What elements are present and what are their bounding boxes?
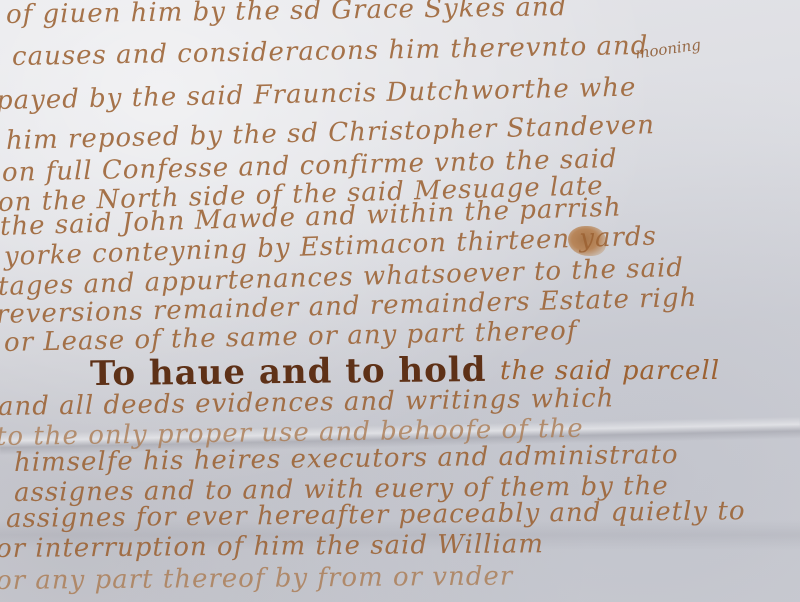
manuscript-line: or any part thereof by from or vnder — [0, 561, 513, 596]
manuscript-line: of giuen him by the sd Grace Sykes and — [6, 0, 568, 30]
manuscript-line: causes and consideracons him therevnto a… — [12, 31, 649, 72]
manuscript-line: assignes for ever hereafter peaceably an… — [6, 496, 746, 534]
manuscript-line: payed by the said Frauncis Dutchworthe w… — [0, 73, 637, 116]
document-photo: mooning of giuen him by the sd Grace Syk… — [0, 0, 800, 602]
manuscript-line: or interruption of him the said William — [0, 529, 544, 564]
heading-continuation: the said parcell — [500, 356, 720, 386]
